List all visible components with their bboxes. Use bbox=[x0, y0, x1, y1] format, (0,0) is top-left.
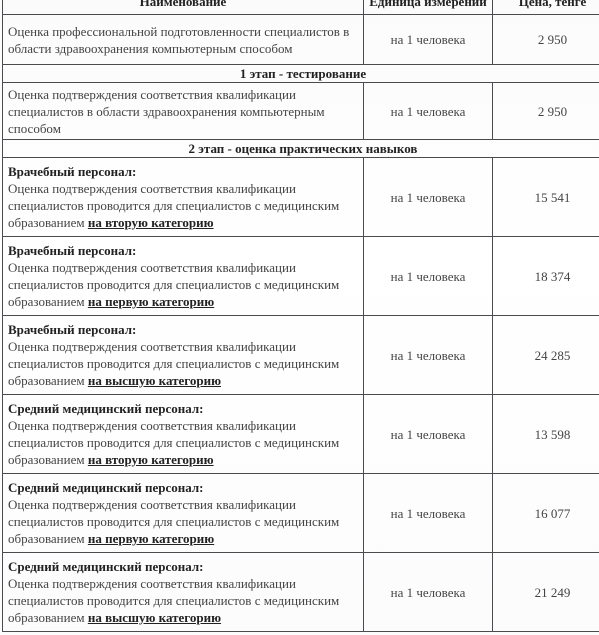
service-price: 13 598 bbox=[493, 395, 599, 474]
stage-heading-row: 2 этап - оценка практических навыков bbox=[3, 140, 599, 158]
service-name: Средний медицинский персонал:Оценка подт… bbox=[3, 395, 364, 474]
header-unit: Единица измерений bbox=[364, 0, 493, 15]
service-price: 21 249 bbox=[493, 553, 599, 632]
service-price: 15 541 bbox=[493, 158, 599, 237]
service-unit: на 1 человека bbox=[364, 83, 493, 140]
qualification-category: на первую категорию bbox=[88, 531, 214, 546]
service-name: Врачебный персонал:Оценка подтверждения … bbox=[3, 316, 364, 395]
qualification-category: на вторую категорию bbox=[88, 452, 214, 467]
stage-1-title: 1 этап - тестирование bbox=[3, 65, 599, 83]
table-row: Врачебный персонал:Оценка подтверждения … bbox=[3, 158, 599, 237]
table-row: Средний медицинский персонал:Оценка подт… bbox=[3, 553, 599, 632]
staff-role: Врачебный персонал: bbox=[8, 322, 136, 337]
table-row: Средний медицинский персонал:Оценка подт… bbox=[3, 474, 599, 553]
stage-2-title: 2 этап - оценка практических навыков bbox=[3, 140, 599, 158]
stage-heading-row: 1 этап - тестирование bbox=[3, 65, 599, 83]
service-price: 18 374 bbox=[493, 237, 599, 316]
qualification-category: на высшую категорию bbox=[88, 610, 221, 625]
service-name: Врачебный персонал:Оценка подтверждения … bbox=[3, 158, 364, 237]
service-name: Оценка подтверждения соответствия квалиф… bbox=[3, 83, 364, 140]
stage-2-rows: Врачебный персонал:Оценка подтверждения … bbox=[3, 158, 599, 632]
service-unit: на 1 человека bbox=[364, 316, 493, 395]
service-price: 24 285 bbox=[493, 316, 599, 395]
service-unit: на 1 человека bbox=[364, 15, 493, 65]
staff-role: Средний медицинский персонал: bbox=[8, 480, 203, 495]
qualification-category: на вторую категорию bbox=[88, 215, 214, 230]
staff-role: Врачебный персонал: bbox=[8, 164, 136, 179]
service-price: 2 950 bbox=[493, 15, 599, 65]
table-row: Врачебный персонал:Оценка подтверждения … bbox=[3, 316, 599, 395]
service-unit: на 1 человека bbox=[364, 158, 493, 237]
service-name: Средний медицинский персонал:Оценка подт… bbox=[3, 553, 364, 632]
table-row: Оценка подтверждения соответствия квалиф… bbox=[3, 83, 599, 140]
qualification-category: на первую категорию bbox=[88, 294, 214, 309]
service-name: Оценка профессиональной подготовленности… bbox=[3, 15, 364, 65]
table-header-row: Наименование Единица измерений Цена, тен… bbox=[3, 0, 599, 15]
service-name: Средний медицинский персонал:Оценка подт… bbox=[3, 474, 364, 553]
scanned-document-page: Наименование Единица измерений Цена, тен… bbox=[0, 0, 599, 635]
service-unit: на 1 человека bbox=[364, 553, 493, 632]
service-unit: на 1 человека bbox=[364, 395, 493, 474]
service-unit: на 1 человека bbox=[364, 237, 493, 316]
qualification-category: на высшую категорию bbox=[88, 373, 221, 388]
table-row: Средний медицинский персонал:Оценка подт… bbox=[3, 395, 599, 474]
header-name: Наименование bbox=[3, 0, 364, 15]
staff-role: Средний медицинский персонал: bbox=[8, 401, 203, 416]
table-row: Оценка профессиональной подготовленности… bbox=[3, 15, 599, 65]
service-price: 2 950 bbox=[493, 83, 599, 140]
table-row: Врачебный персонал:Оценка подтверждения … bbox=[3, 237, 599, 316]
service-unit: на 1 человека bbox=[364, 474, 493, 553]
service-name: Врачебный персонал:Оценка подтверждения … bbox=[3, 237, 364, 316]
price-table: Наименование Единица измерений Цена, тен… bbox=[2, 0, 599, 632]
staff-role: Средний медицинский персонал: bbox=[8, 559, 203, 574]
service-price: 16 077 bbox=[493, 474, 599, 553]
staff-role: Врачебный персонал: bbox=[8, 243, 136, 258]
header-price: Цена, тенге bbox=[493, 0, 599, 15]
